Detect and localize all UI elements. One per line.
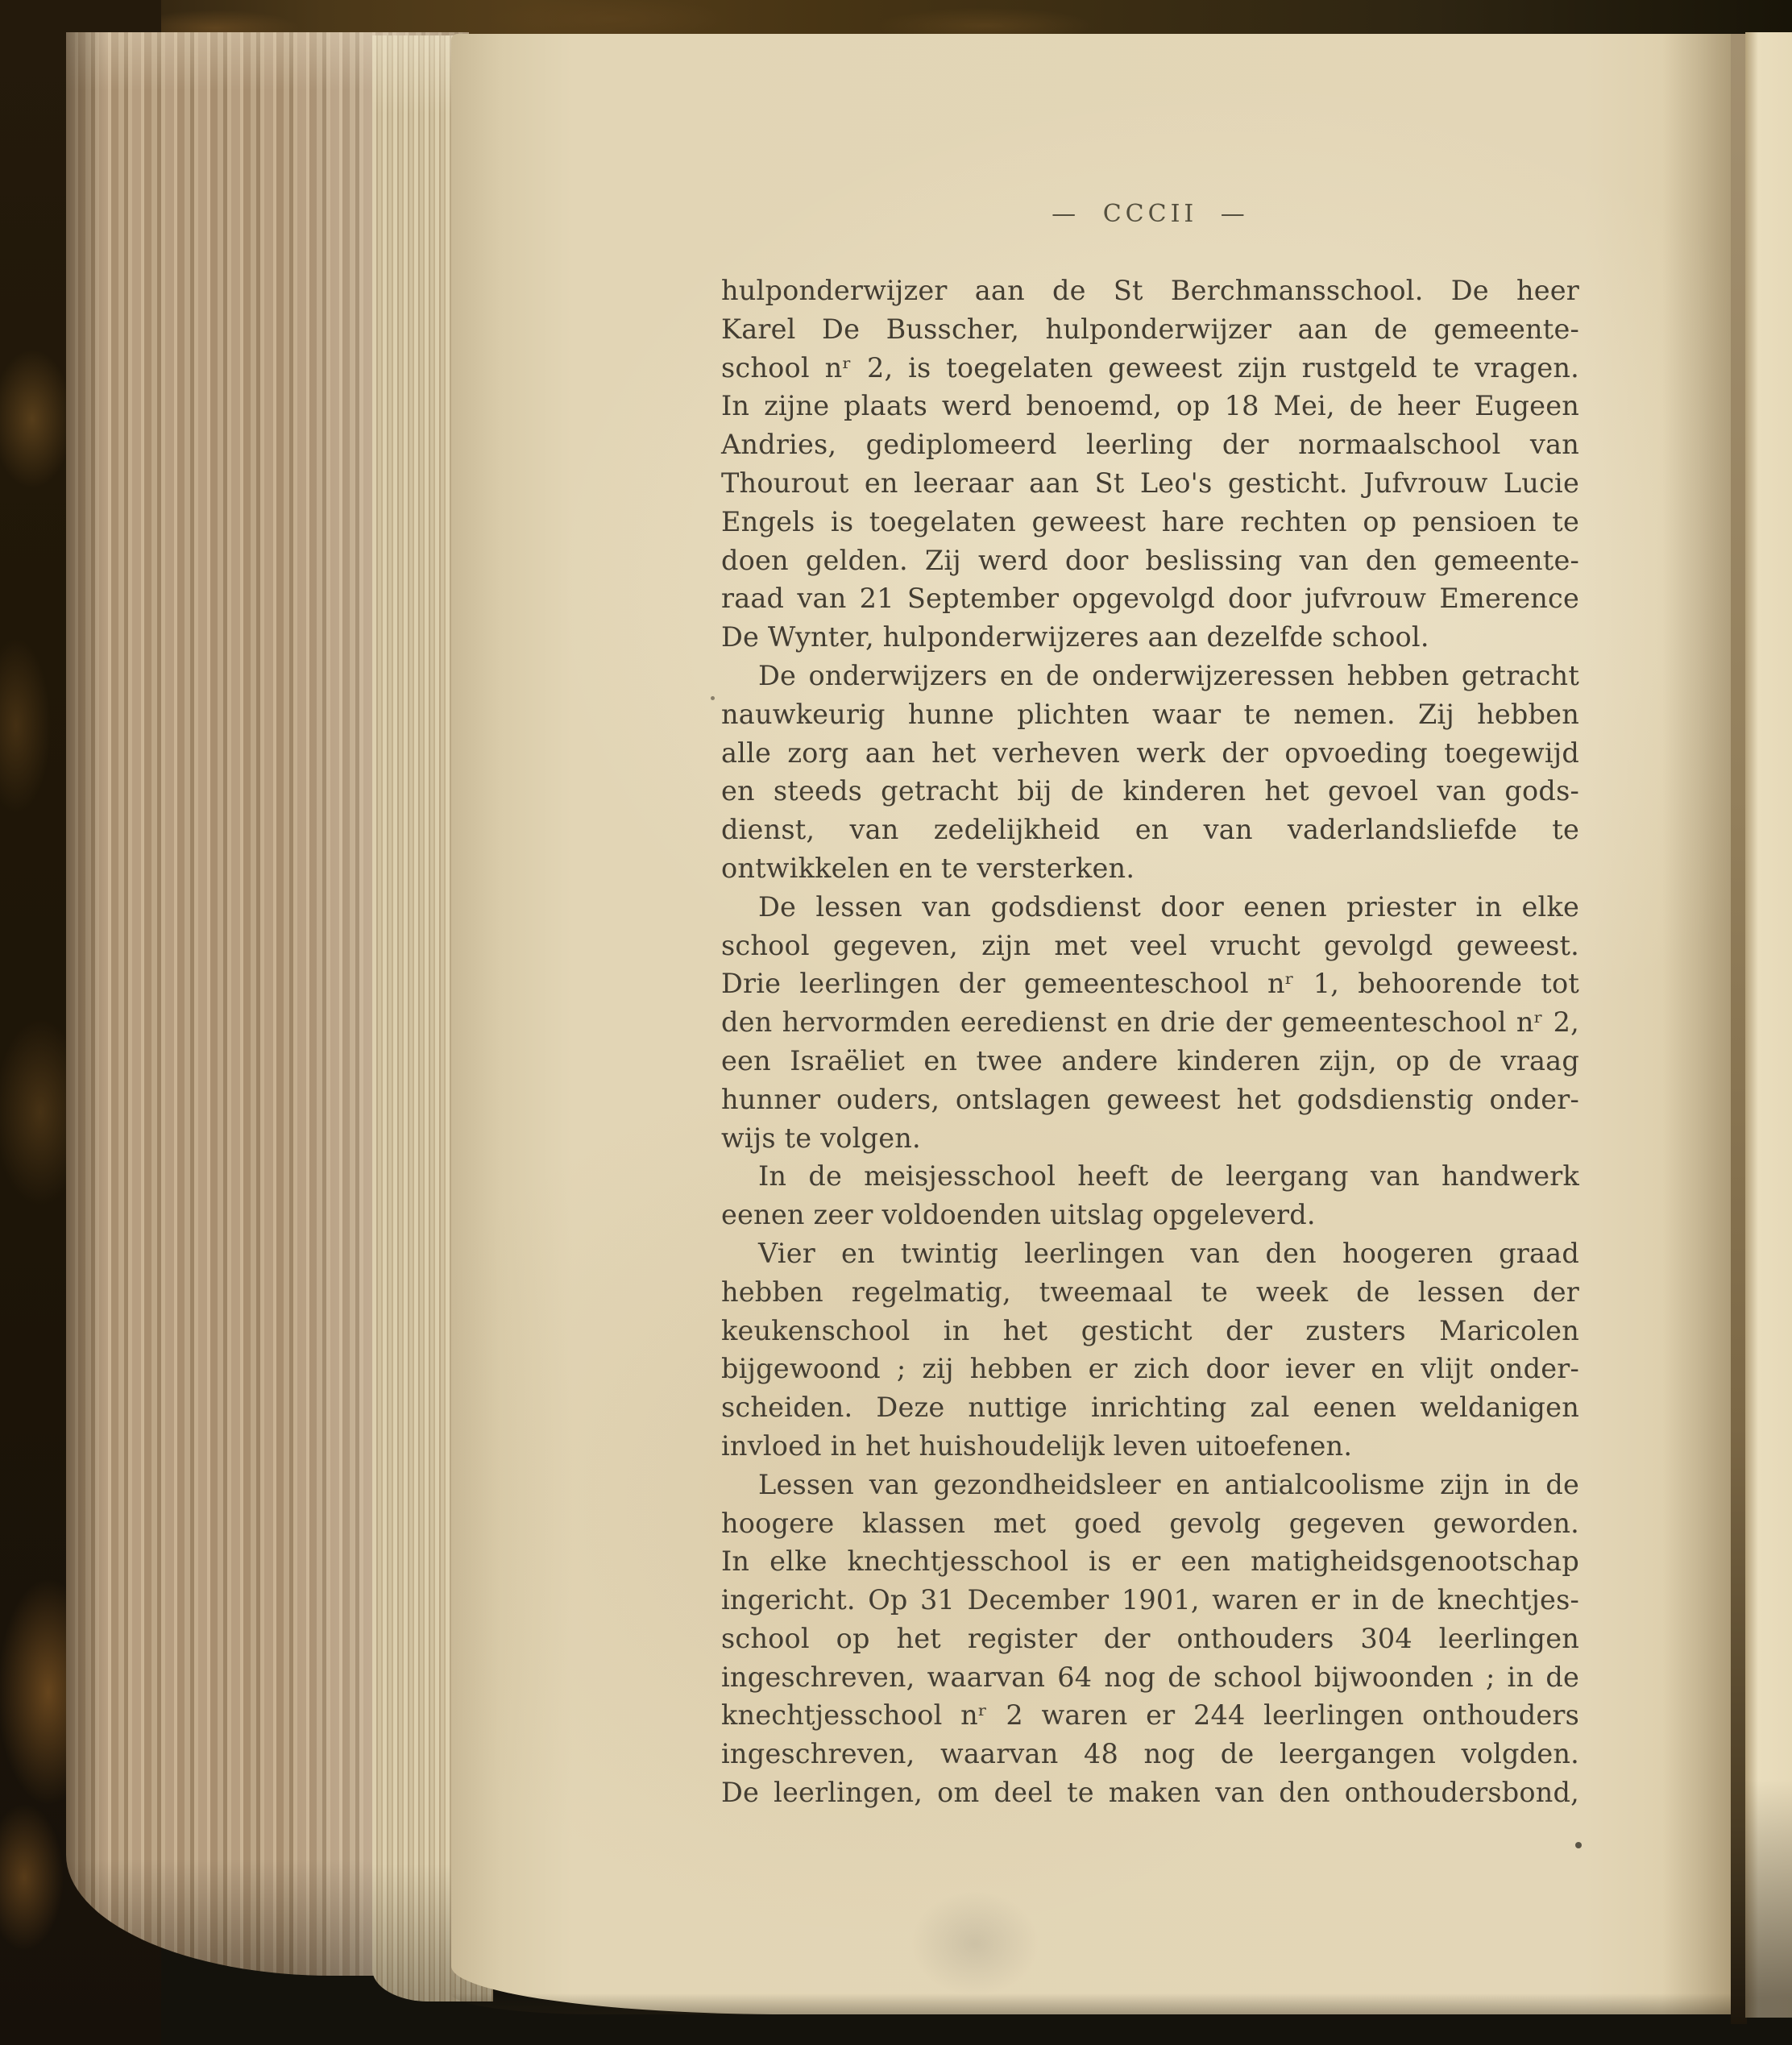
text-line: hebben regelmatig, tweemaal te week de l…	[721, 1273, 1579, 1312]
text-line: scheiden. Deze nuttige inrichting zal ee…	[721, 1388, 1579, 1427]
paper-speck	[1575, 1842, 1582, 1848]
text-line: Engels is toegelaten geweest hare rechte…	[721, 503, 1579, 541]
text-line: hulponderwijzer aan de St Berchmansschoo…	[721, 272, 1579, 310]
paper-speck	[711, 696, 715, 700]
gutter-inner-shadow	[1662, 34, 1739, 2014]
text-line: Lessen van gezondheidsleer en antialcool…	[721, 1466, 1579, 1504]
paragraph: hulponderwijzer aan de St Berchmansschoo…	[721, 272, 1579, 657]
text-line: en steeds getracht bij de kinderen het g…	[721, 772, 1579, 811]
text-line: De lessen van godsdienst door eenen prie…	[721, 888, 1579, 927]
text-line: een Israëliet en twee andere kinderen zi…	[721, 1042, 1579, 1081]
text-line: hoogere klassen met goed gevolg gegeven …	[721, 1504, 1579, 1543]
gutter-shadow	[1731, 34, 1747, 2024]
text-line: ingericht. Op 31 December 1901, waren er…	[721, 1581, 1579, 1620]
text-line: Drie leerlingen der gemeenteschool nʳ 1,…	[721, 964, 1579, 1003]
text-line: In zijne plaats werd benoemd, op 18 Mei,…	[721, 387, 1579, 425]
paragraph: In de meisjesschool heeft de leergang va…	[721, 1157, 1579, 1234]
text-line: ingeschreven, waarvan 64 nog de school b…	[721, 1658, 1579, 1697]
text-line: Karel De Busscher, hulponderwijzer aan d…	[721, 310, 1579, 349]
text-line: De leerlingen, om deel te maken van den …	[721, 1773, 1579, 1812]
text-line: school gegeven, zijn met veel vrucht gev…	[721, 927, 1579, 965]
paragraph: De onderwijzers en de onderwijzeressen h…	[721, 657, 1579, 888]
text-line: De onderwijzers en de onderwijzeressen h…	[721, 657, 1579, 695]
text-line: dienst, van zedelijkheid en van vaderlan…	[721, 811, 1579, 849]
text-line: den hervormden eeredienst en drie der ge…	[721, 1003, 1579, 1042]
text-line: Thourout en leeraar aan St Leo's gestich…	[721, 464, 1579, 503]
text-line: keukenschool in het gesticht der zusters…	[721, 1312, 1579, 1350]
text-line: ingeschreven, waarvan 48 nog de leergang…	[721, 1735, 1579, 1773]
text-line: doen gelden. Zij werd door beslissing va…	[721, 541, 1579, 580]
text-line: knechtjesschool nʳ 2 waren er 244 leerli…	[721, 1696, 1579, 1735]
page-bottom-shadow	[451, 1993, 1739, 2014]
paragraph: Vier en twintig leerlingen van den hooge…	[721, 1234, 1579, 1466]
text-line: alle zorg aan het verheven werk der opvo…	[721, 734, 1579, 773]
book-scan: — CCCII — hulponderwijzer aan de St Berc…	[0, 0, 1792, 2045]
text-line: school op het register der onthouders 30…	[721, 1620, 1579, 1658]
text-line: hunner ouders, ontslagen geweest het god…	[721, 1081, 1579, 1119]
text-line: In elke knechtjesschool is er een matigh…	[721, 1542, 1579, 1581]
text-line: nauwkeurig hunne plichten waar te nemen.…	[721, 695, 1579, 734]
text-line: De Wynter, hulponderwijzeres aan dezelfd…	[721, 618, 1579, 657]
text-line: school nʳ 2, is toegelaten geweest zijn …	[721, 349, 1579, 388]
text-line: Vier en twintig leerlingen van den hooge…	[721, 1234, 1579, 1273]
page-number: — CCCII —	[721, 200, 1579, 228]
text-line: invloed in het huishoudelijk leven uitoe…	[721, 1427, 1579, 1466]
paragraph: Lessen van gezondheidsleer en antialcool…	[721, 1466, 1579, 1812]
paragraph: De lessen van godsdienst door eenen prie…	[721, 888, 1579, 1158]
text-line: wijs te volgen.	[721, 1119, 1579, 1158]
open-page: — CCCII — hulponderwijzer aan de St Berc…	[451, 34, 1739, 2014]
text-line: raad van 21 September opgevolgd door juf…	[721, 579, 1579, 618]
facing-page-edge	[1745, 32, 1792, 2018]
text-line: eenen zeer voldoenden uitslag opgeleverd…	[721, 1196, 1579, 1234]
page-text: hulponderwijzer aan de St Berchmansschoo…	[721, 272, 1579, 1812]
paper-smudge	[886, 1871, 1064, 2016]
text-line: In de meisjesschool heeft de leergang va…	[721, 1157, 1579, 1196]
text-line: ontwikkelen en te versterken.	[721, 849, 1579, 888]
text-line: Andries, gediplomeerd leerling der norma…	[721, 425, 1579, 464]
text-line: bijgewoond ; zij hebben er zich door iev…	[721, 1350, 1579, 1388]
